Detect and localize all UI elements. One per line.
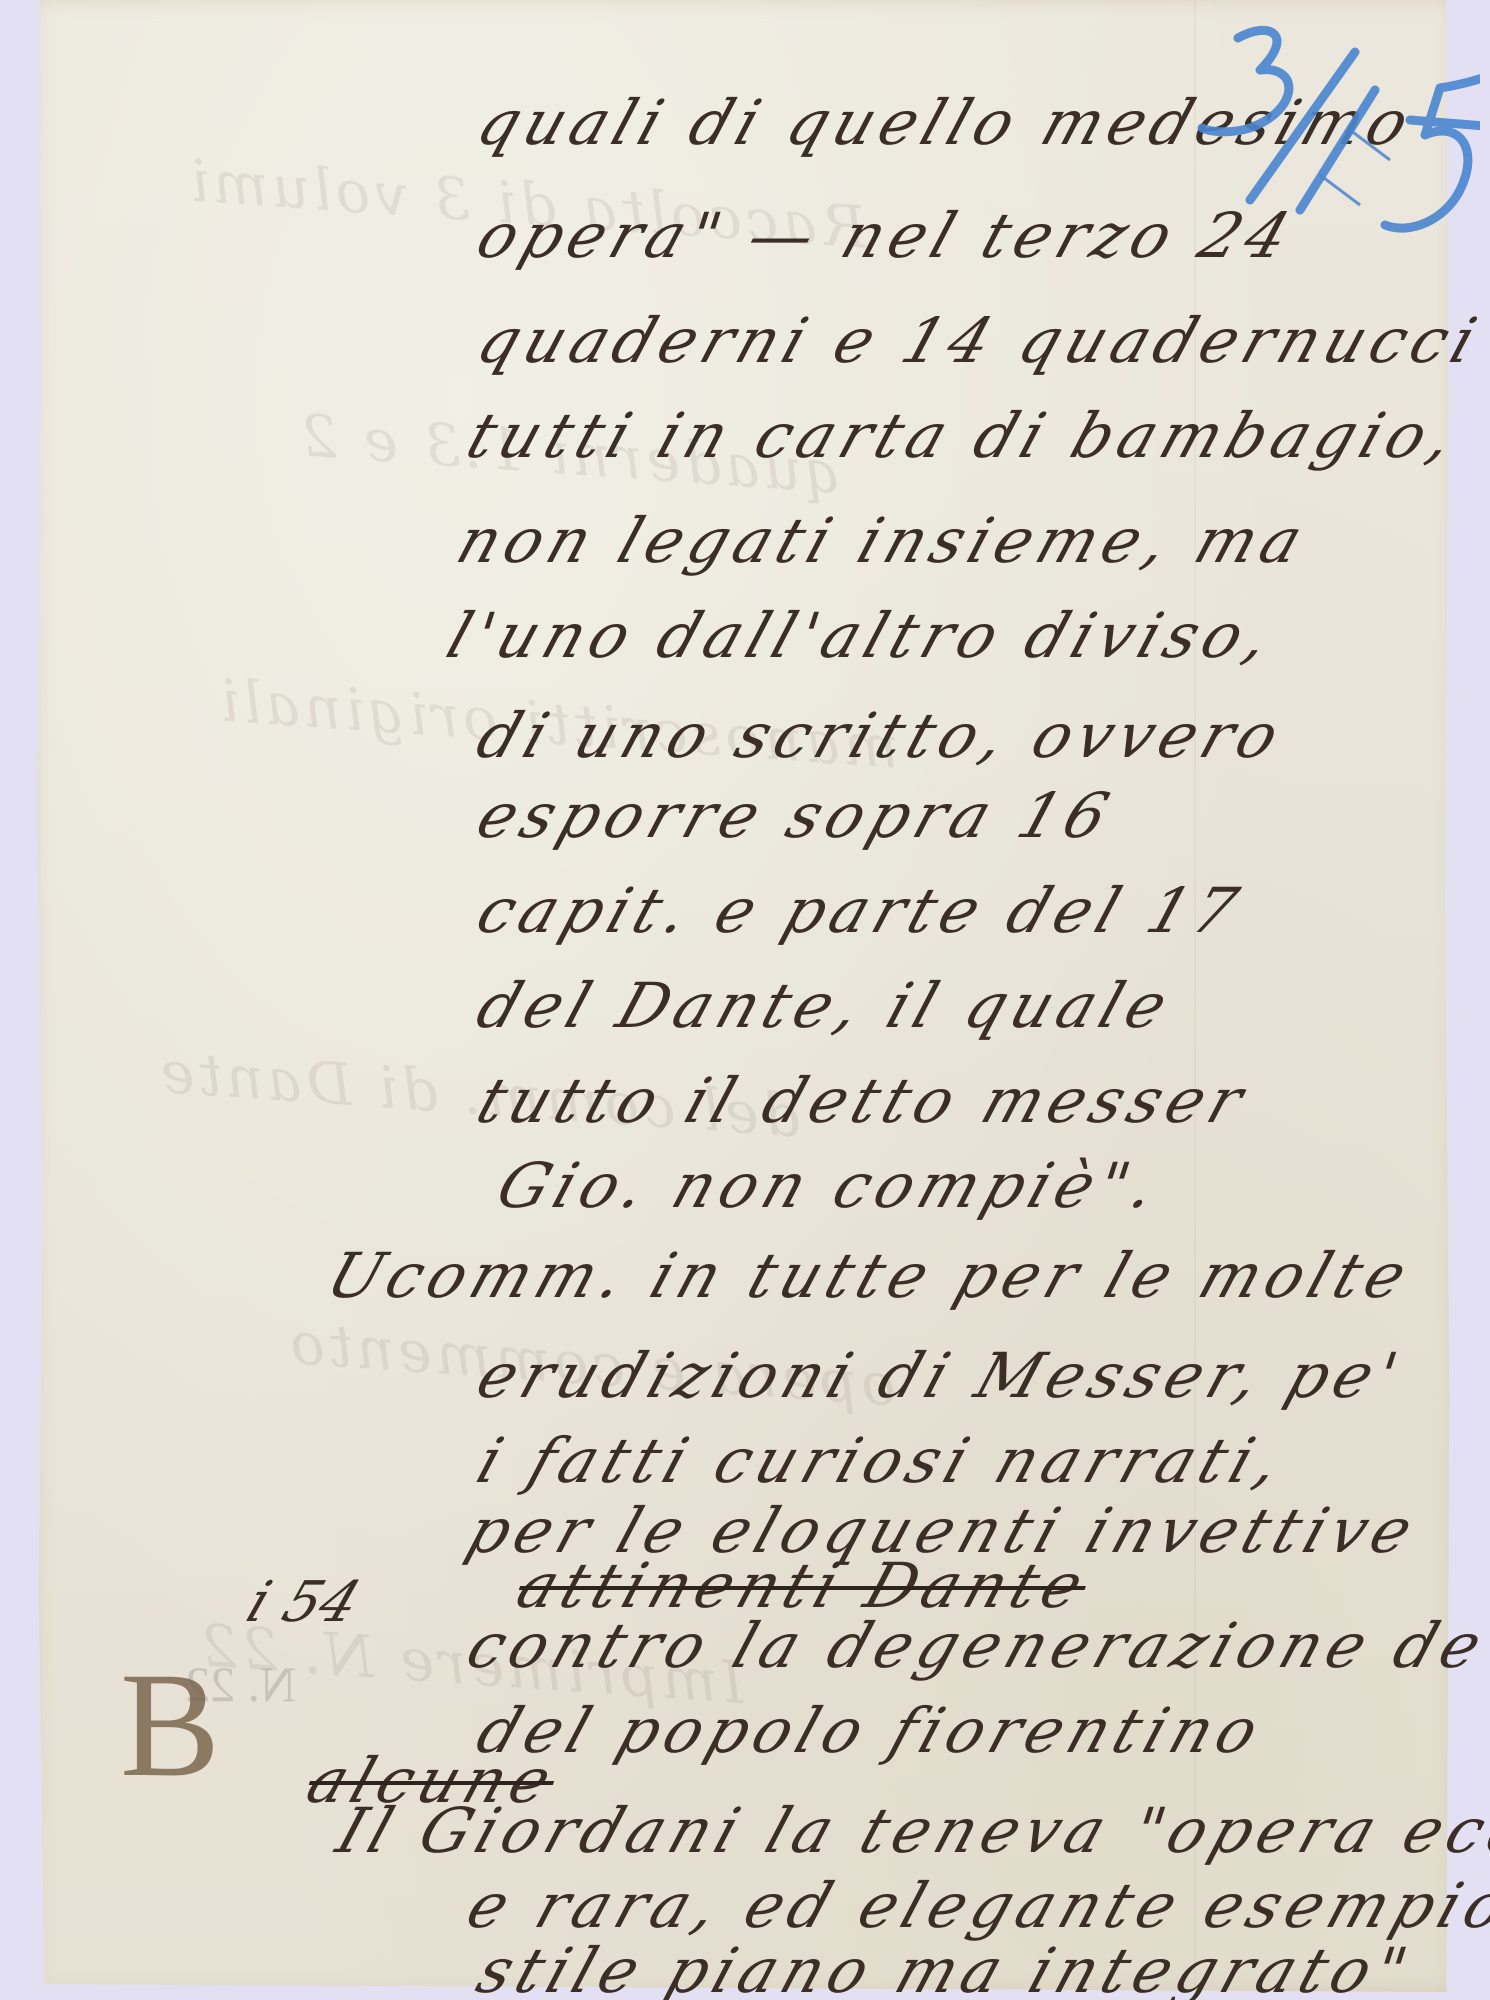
manuscript-line-8: esporre sopra 16	[470, 785, 1121, 847]
manuscript-line-13: Ucomm. in tutte per le molte	[320, 1245, 1420, 1307]
manuscript-line-23: stile piano ma integrato"	[470, 1940, 1420, 2000]
manuscript-line-7: di uno scritto, ovvero	[470, 705, 1292, 767]
manuscript-line-22: e rara, ed elegante esempio di	[460, 1875, 1490, 1937]
manuscript-line-3: quaderni e 14 quadernucci	[470, 310, 1489, 372]
manuscript-line-18: contro la degenerazione de' costumi	[460, 1615, 1490, 1677]
manuscript-line-14: erudizioni di Messer, pe'	[470, 1345, 1411, 1407]
stamp-bleed-through: N. 22	[185, 1655, 296, 1713]
blue-pencil-folio-icon	[1160, 10, 1480, 250]
manuscript-line-15: i fatti curiosi narrati,	[470, 1430, 1293, 1492]
manuscript-line-5: non legati insieme, ma	[450, 510, 1315, 572]
manuscript-line-19: del popolo fiorentino	[470, 1700, 1271, 1762]
folio-number-mark	[1160, 10, 1480, 250]
manuscript-line-12: Gio. non compiè".	[490, 1155, 1169, 1217]
manuscript-line-17-struck: attinenti Dante	[510, 1555, 1096, 1617]
manuscript-line-21: Il Giordani la teneva "opera eccellente	[330, 1800, 1490, 1862]
manuscript-line-9: capit. e parte del 17	[470, 880, 1251, 942]
manuscript-line-10: del Dante, il quale	[470, 975, 1180, 1037]
manuscript-line-11: tutto il detto messer	[470, 1070, 1256, 1132]
scanned-page: Raccolta di 3 volumi quaderni 1.3 e 2 ma…	[0, 0, 1490, 2000]
manuscript-line-4: tutti in carta di bambagio,	[460, 405, 1467, 467]
manuscript-line-6: l'uno dall'altro diviso,	[440, 605, 1283, 667]
